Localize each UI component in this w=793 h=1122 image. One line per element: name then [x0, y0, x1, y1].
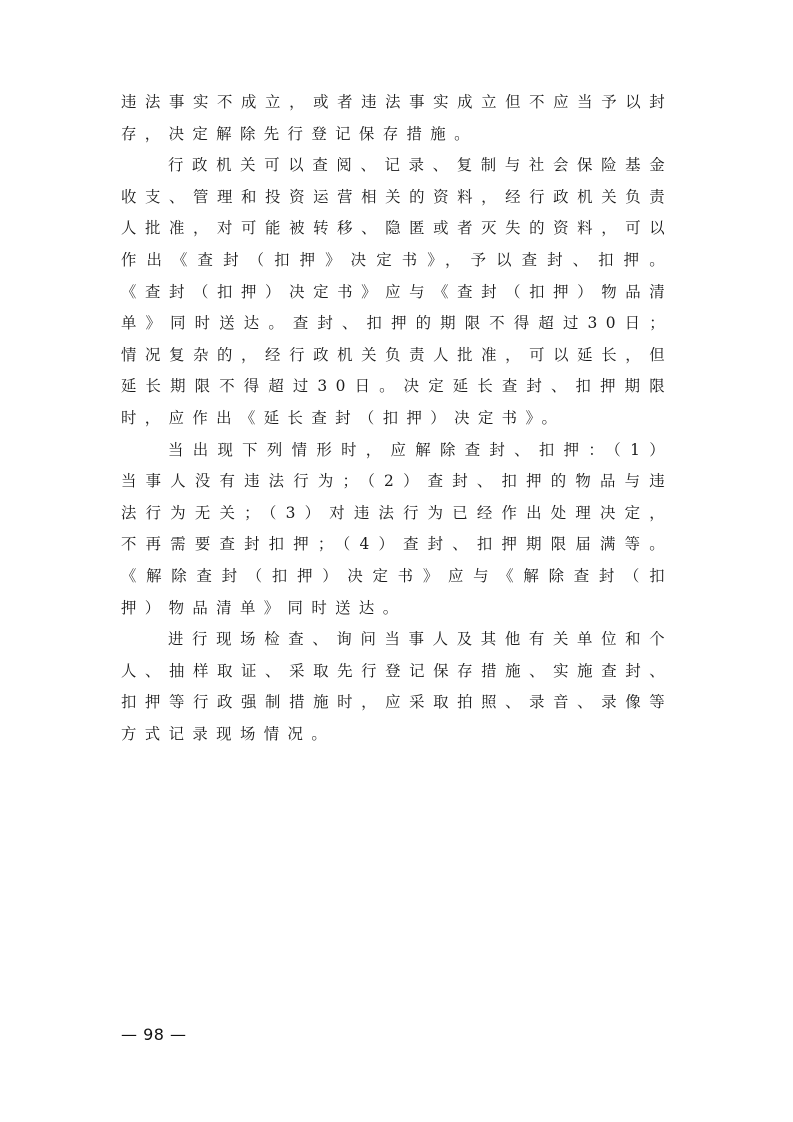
paragraph-seizure-authority: 行政机关可以查阅、记录、复制与社会保险基金收支、管理和投资运营相关的资料，经行政…: [121, 150, 673, 434]
paragraph-release-conditions: 当出现下列情形时，应解除查封、扣押：（1）当事人没有违法行为；（2）查封、扣押的…: [121, 435, 673, 625]
paragraph-onsite-recording: 进行现场检查、询问当事人及其他有关单位和个人、抽样取证、采取先行登记保存措施、实…: [121, 624, 673, 750]
page-number: — 98 —: [121, 1025, 187, 1044]
document-body: 违法事实不成立，或者违法事实成立但不应当予以封存，决定解除先行登记保存措施。 行…: [121, 87, 673, 750]
paragraph-continuation: 违法事实不成立，或者违法事实成立但不应当予以封存，决定解除先行登记保存措施。: [121, 87, 673, 150]
